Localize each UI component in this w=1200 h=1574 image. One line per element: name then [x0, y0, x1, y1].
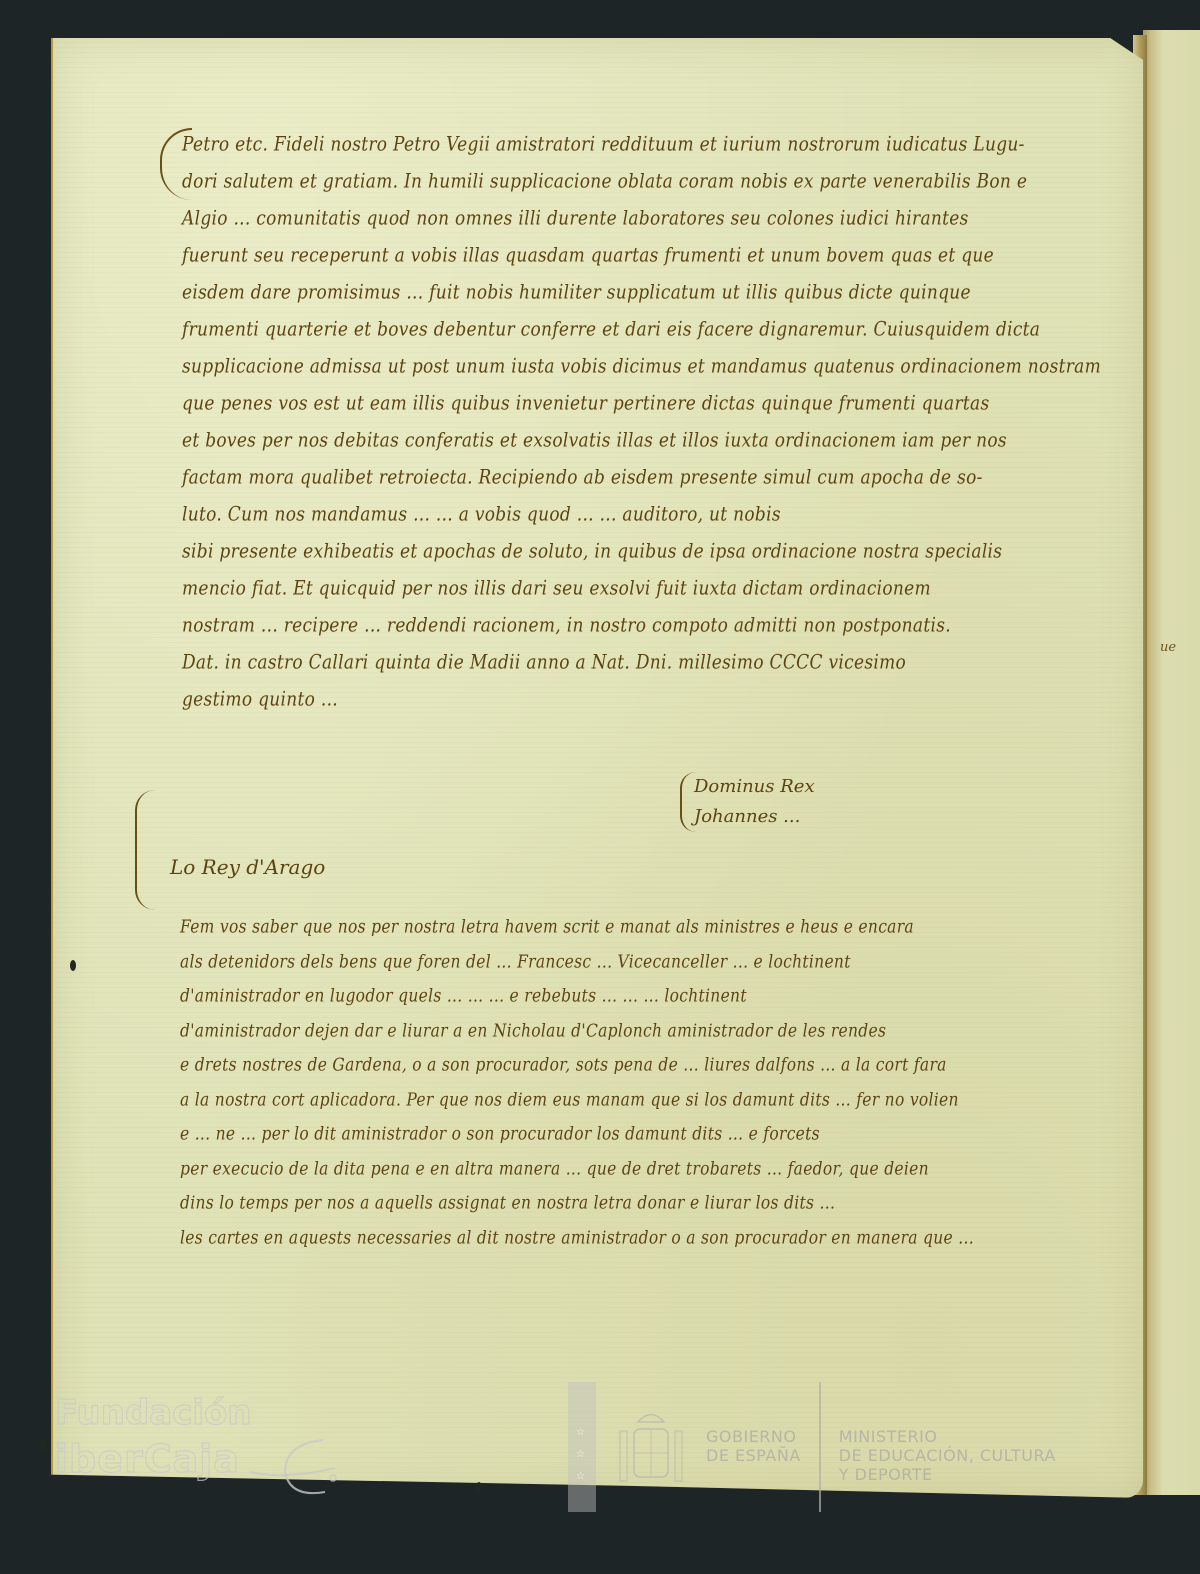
ministerio-text: MINISTERIO DE EDUCACIÓN, CULTURA Y DEPOR… — [839, 1427, 1056, 1484]
signature-block: Dominus Rex Johannes ... — [680, 772, 815, 832]
facing-page — [1143, 30, 1200, 1495]
text-line: gestimo quinto ... — [182, 679, 1101, 722]
spain-flag-bar-icon: ☆ ☆ ☆ — [568, 1382, 596, 1512]
catalan-text-block: Fem vos saber que nos per nostra letra h… — [180, 910, 974, 1255]
text-line: les cartes en aquests necessaries al dit… — [180, 1218, 974, 1258]
watermark-line: Fundación — [55, 1390, 252, 1436]
binding-hole — [70, 960, 76, 971]
government-watermark: ☆ ☆ ☆ GOBIERNO DE ESPAÑA MINISTERIO DE E… — [568, 1382, 1056, 1522]
watermark-line: MINISTERIO — [839, 1427, 1056, 1446]
section-bracket-decoration — [135, 790, 177, 910]
latin-text-block: Petro etc. Fideli nostro Petro Vegii ami… — [182, 127, 1101, 719]
watermark-line: GOBIERNO — [706, 1427, 801, 1446]
spain-coat-of-arms-icon — [616, 1407, 686, 1497]
rubric-heading: Lo Rey d'Arago — [170, 855, 325, 879]
text-line: Fem vos saber que nos per nostra letra h… — [180, 907, 974, 947]
signature-line: Dominus Rex — [694, 772, 815, 802]
watermark-line: Y DEPORTE — [839, 1465, 1056, 1484]
watermark-line: iberCaja — [55, 1436, 252, 1482]
watermark-divider — [819, 1382, 821, 1512]
facing-page-margin-note: ue — [1160, 640, 1176, 655]
text-line: e ... ne ... per lo dit aministrador o s… — [180, 1114, 974, 1154]
text-line: dins lo temps per nos a aquells assignat… — [180, 1183, 974, 1223]
watermark-line: DE ESPAÑA — [706, 1446, 801, 1465]
binding-hole — [476, 1482, 482, 1493]
signature-line: Johannes ... — [694, 802, 815, 832]
gobierno-espana-text: GOBIERNO DE ESPAÑA — [706, 1427, 801, 1465]
document-viewer: ue Petro etc. Fideli nostro Petro Vegii … — [0, 0, 1200, 1574]
fundacion-ibercaja-watermark: Fundación iberCaja — [55, 1390, 252, 1482]
binding-hole — [40, 1440, 46, 1451]
text-line: e drets nostres de Gardena, o a son proc… — [180, 1045, 974, 1085]
text-line: d'aministrador en lugodor quels ... ... … — [180, 976, 974, 1016]
watermark-line: DE EDUCACIÓN, CULTURA — [839, 1446, 1056, 1465]
ibercaja-swoosh-icon — [245, 1432, 355, 1502]
